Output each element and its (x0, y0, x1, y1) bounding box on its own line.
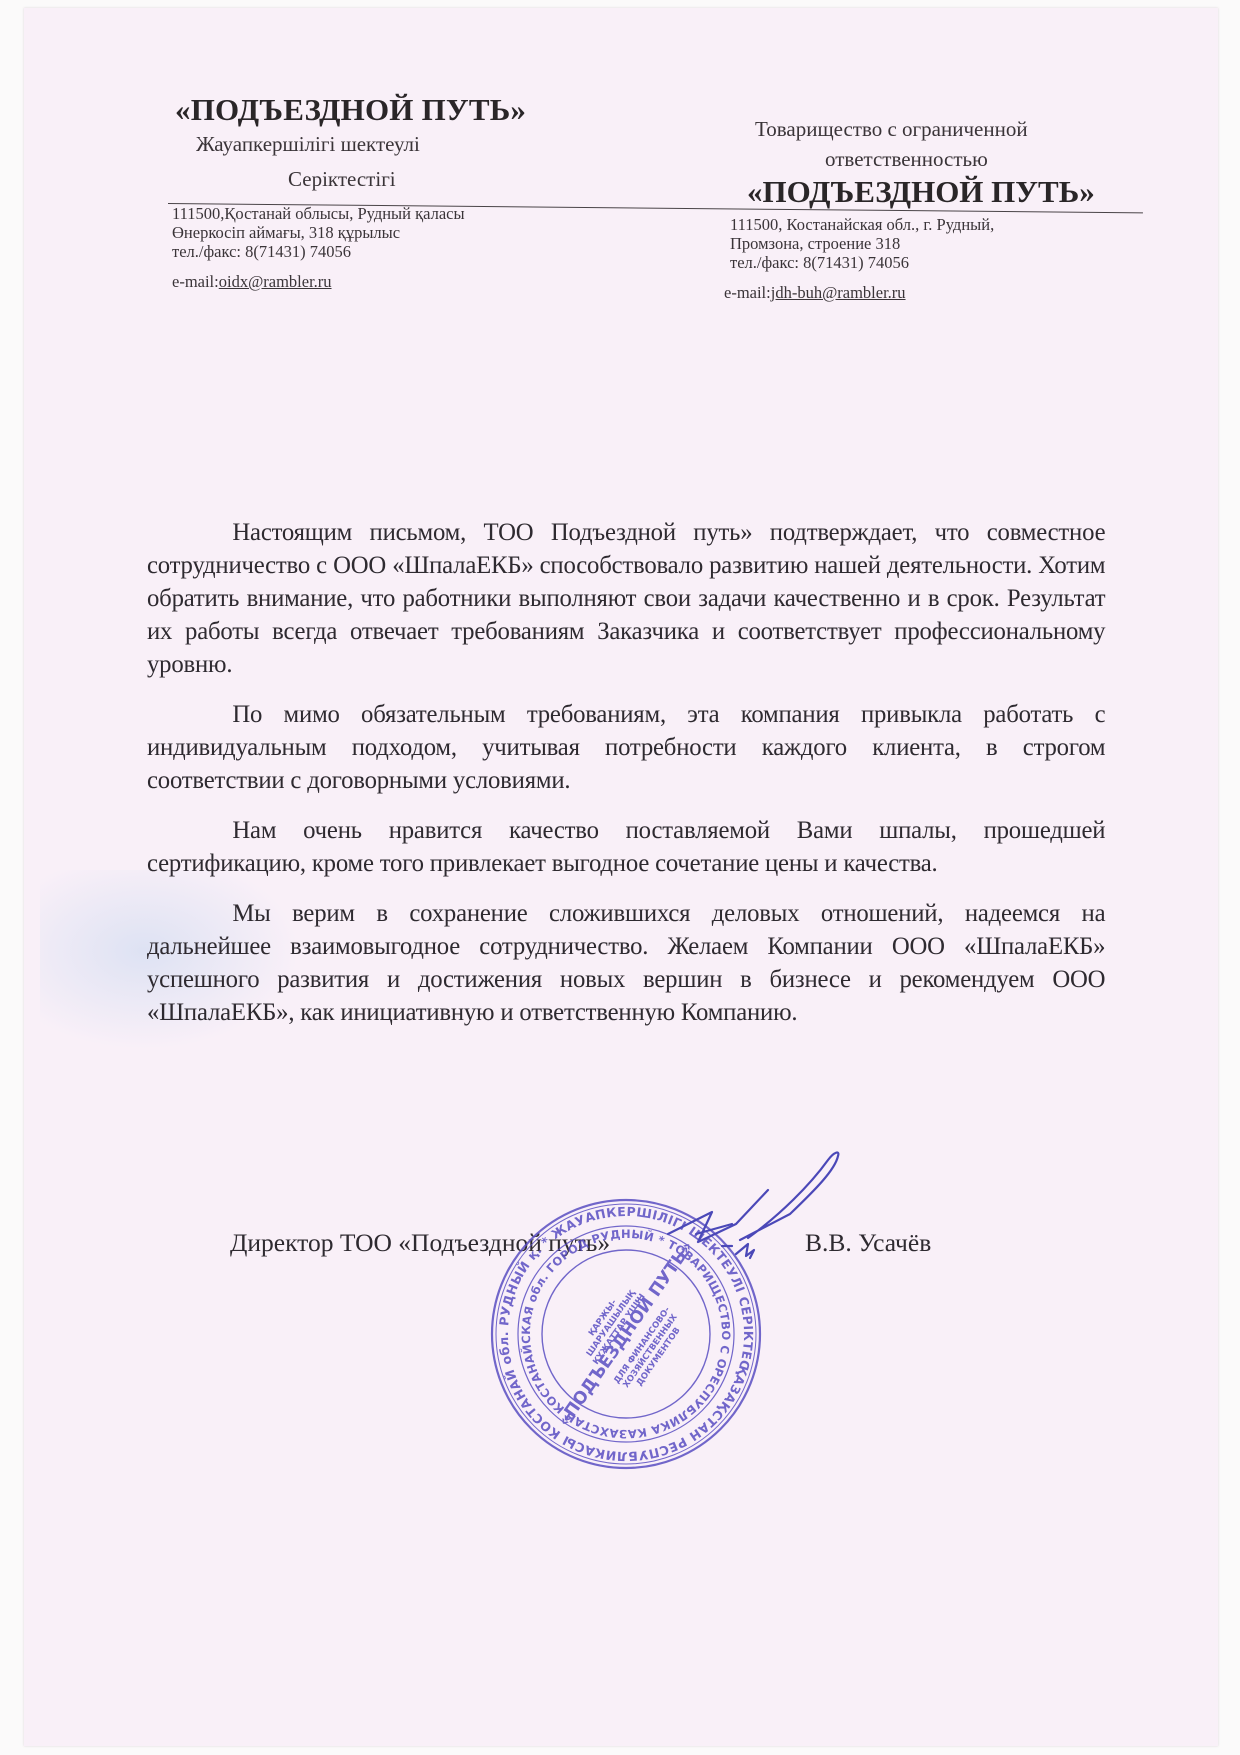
address-kz-line1: 111500,Қостанай облысы, Рудный қаласы (172, 204, 465, 223)
address-ru-line2: Промзона, строение 318 (730, 234, 994, 253)
email-kz: e-mail:oidx@rambler.ru (172, 272, 332, 292)
phone-ru: тел./факс: 8(71431) 74056 (730, 253, 994, 272)
company-type-ru-line2: ответственностью (825, 147, 988, 172)
email-label: e-mail: (724, 283, 771, 302)
address-kz-line2: Өнеркосіп аймағы, 318 құрылыс (172, 223, 465, 242)
paragraph-1: Настоящим письмом, ТОО Подъездной путь» … (147, 515, 1105, 680)
phone-kz: тел./факс: 8(71431) 74056 (172, 242, 465, 261)
company-name-ru: «ПОДЪЕЗДНОЙ ПУТЬ» (747, 174, 1095, 210)
email-link-kz[interactable]: oidx@rambler.ru (219, 272, 332, 291)
company-type-kz-line2: Серіктестігі (288, 167, 396, 192)
email-label: e-mail: (172, 272, 219, 291)
email-ru: e-mail:jdh-buh@rambler.ru (724, 283, 906, 303)
address-ru: 111500, Костанайская обл., г. Рудный, Пр… (730, 215, 994, 272)
company-type-ru-line1: Товарищество с ограниченной (755, 117, 1028, 142)
handwritten-signature-icon (640, 1130, 890, 1280)
letter-body: Настоящим письмом, ТОО Подъездной путь» … (147, 515, 1105, 1045)
email-link-ru[interactable]: jdh-buh@rambler.ru (771, 283, 906, 302)
paragraph-3: Нам очень нравится качество поставляемой… (147, 813, 1105, 879)
address-kz: 111500,Қостанай облысы, Рудный қаласы Өн… (172, 204, 465, 261)
paragraph-4: Мы верим в сохранение сложившихся деловы… (147, 896, 1105, 1028)
company-type-kz-line1: Жауапкершілігі шектеулі (196, 132, 420, 157)
address-ru-line1: 111500, Костанайская обл., г. Рудный, (730, 215, 994, 234)
company-name-kz: «ПОДЪЕЗДНОЙ ПУТЬ» (175, 92, 526, 128)
paragraph-2: По мимо обязательным требованиям, эта ко… (147, 697, 1105, 796)
